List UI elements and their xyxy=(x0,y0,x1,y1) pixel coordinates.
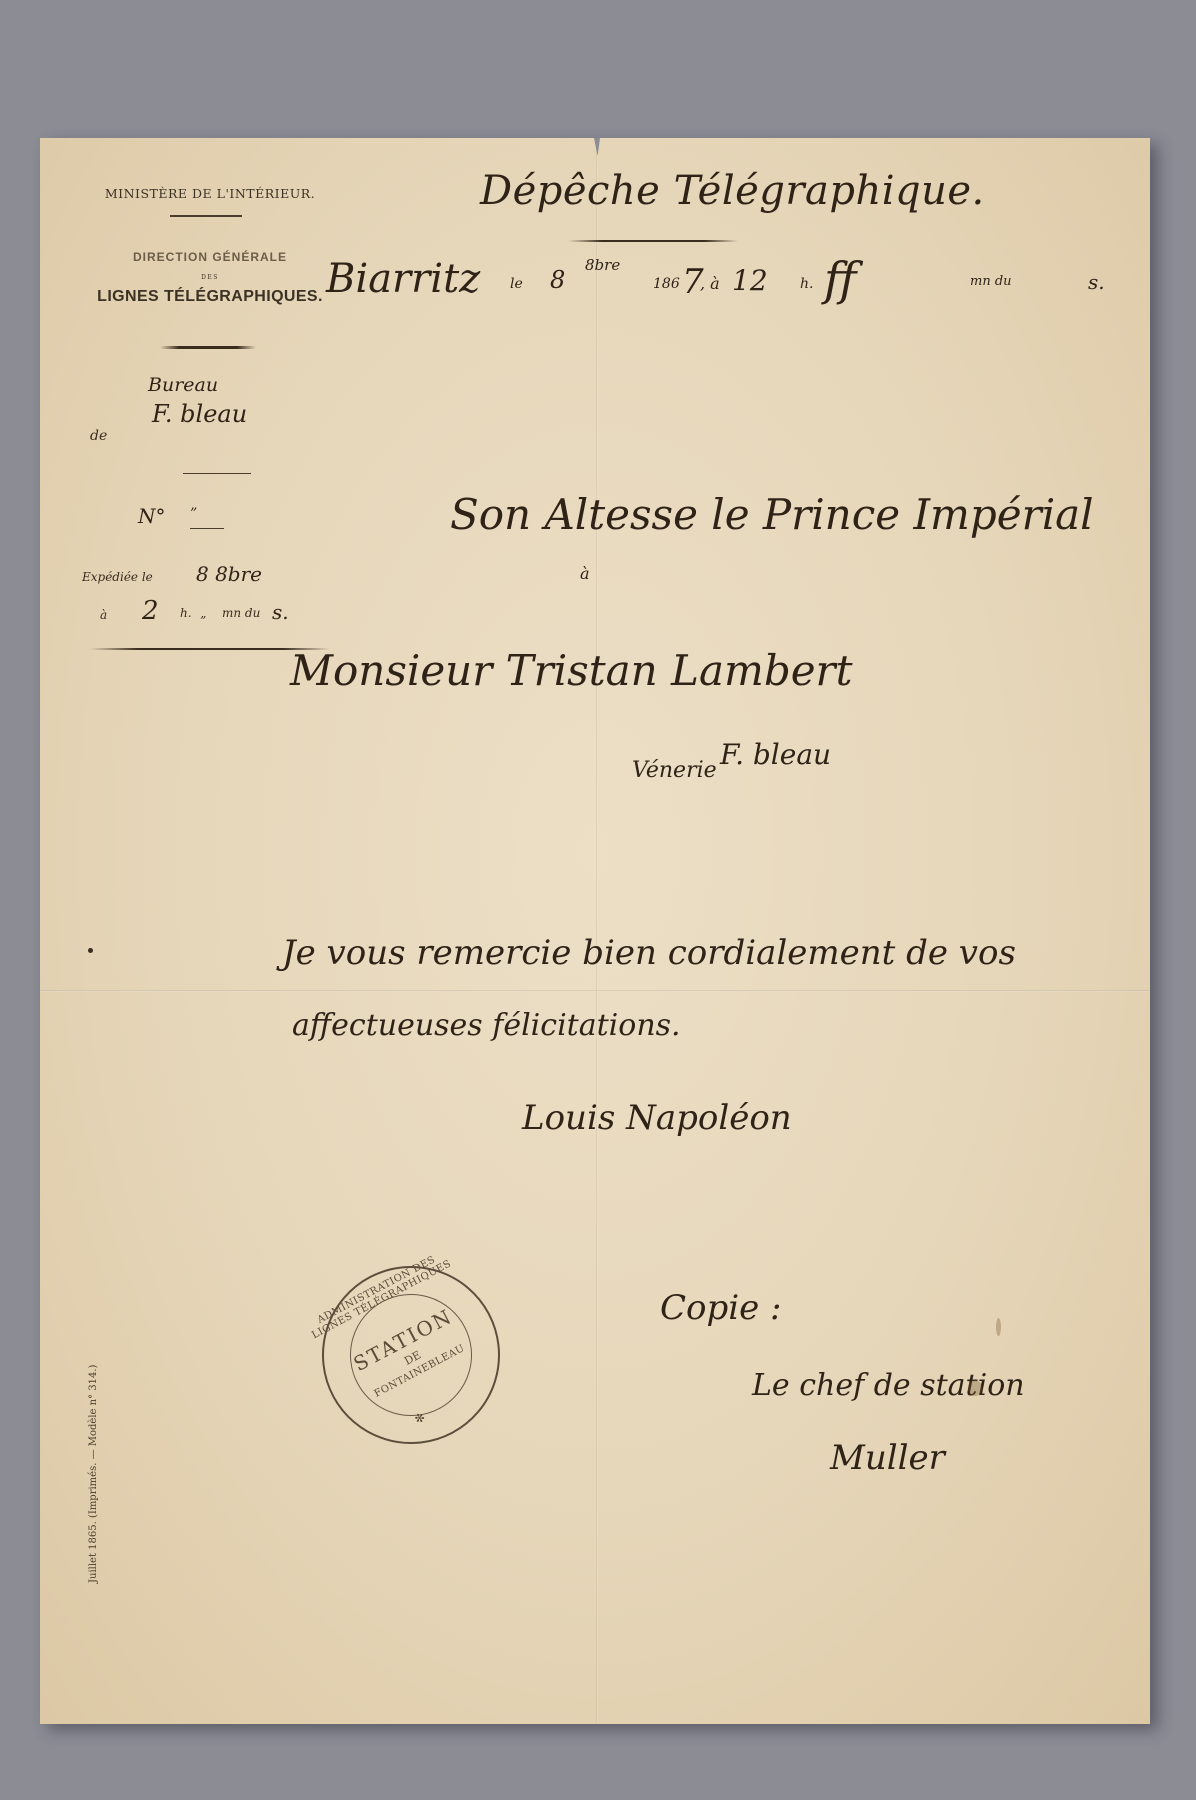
expediee-value: 8 8bre xyxy=(196,562,262,586)
h-label: h. xyxy=(180,606,192,620)
a-label: , à xyxy=(700,274,720,293)
horizontal-fold xyxy=(40,990,1150,992)
title-ornament xyxy=(568,240,738,242)
vertical-fold xyxy=(596,138,598,1724)
mn-label: mn du xyxy=(222,606,260,620)
mn-label: mn du xyxy=(970,274,1012,289)
telegram-paper: MINISTÈRE DE L'INTÉRIEUR. DIRECTION GÉNÉ… xyxy=(40,138,1150,1724)
time-hour: 12 xyxy=(732,264,768,297)
direction-heading: DIRECTION GÉNÉRALE xyxy=(80,250,340,264)
lignes-heading: LIGNES TÉLÉGRAPHIQUES. xyxy=(80,288,340,306)
print-margin-note: Juillet 1865. (Imprimés. — Modèle n° 314… xyxy=(88,1365,99,1583)
period-value: s. xyxy=(1088,270,1105,294)
period-value: s. xyxy=(272,600,289,624)
minutes-value: ” xyxy=(200,614,206,628)
document-title: Dépêche Télégraphique. xyxy=(480,168,985,214)
number-label: N° xyxy=(138,504,166,528)
des-label: DES xyxy=(80,274,340,281)
divider xyxy=(183,473,251,474)
expediee-label: Expédiée le xyxy=(82,570,153,584)
station-chief-label: Le chef de station xyxy=(752,1368,1025,1403)
message-line-2: affectueuses félicitations. xyxy=(292,1008,681,1043)
de-label: de xyxy=(90,428,107,444)
h-label: h. xyxy=(800,276,813,292)
message-line-1: Je vous remercie bien cordialement de vo… xyxy=(282,933,1016,973)
a-label: à xyxy=(100,608,107,622)
time-minutes: ff xyxy=(824,252,857,306)
ornament-divider xyxy=(160,346,256,349)
divider xyxy=(190,528,224,529)
le-label: le xyxy=(510,276,523,292)
recipient-city: F. bleau xyxy=(720,738,831,771)
date-month: 8bre xyxy=(585,256,620,274)
hour-value: 2 xyxy=(142,596,159,626)
ink-stain xyxy=(968,1380,982,1396)
station-chief-signature: Muller xyxy=(830,1438,945,1478)
date-day: 8 xyxy=(550,266,565,294)
recipient-address: Vénerie xyxy=(632,758,717,783)
divider xyxy=(170,215,242,217)
ink-stain xyxy=(996,1318,1001,1336)
signature: Louis Napoléon xyxy=(522,1098,792,1138)
bureau-value: F. bleau xyxy=(152,400,247,428)
sender-name: Son Altesse le Prince Impérial xyxy=(450,490,1094,539)
copie-label: Copie : xyxy=(660,1288,782,1328)
a-connector: à xyxy=(580,564,590,583)
bureau-label: Bureau xyxy=(148,374,218,396)
ink-dot xyxy=(88,948,93,953)
number-value: ” xyxy=(190,506,197,522)
recipient-name: Monsieur Tristan Lambert xyxy=(290,646,853,695)
station-stamp: ADMINISTRATION DES LIGNES TÉLÉGRAPHIQUES… xyxy=(291,1235,532,1476)
year-prefix: 186 xyxy=(653,276,680,292)
place-name: Biarritz xyxy=(326,256,480,302)
ministry-heading: MINISTÈRE DE L'INTÉRIEUR. xyxy=(80,186,340,201)
